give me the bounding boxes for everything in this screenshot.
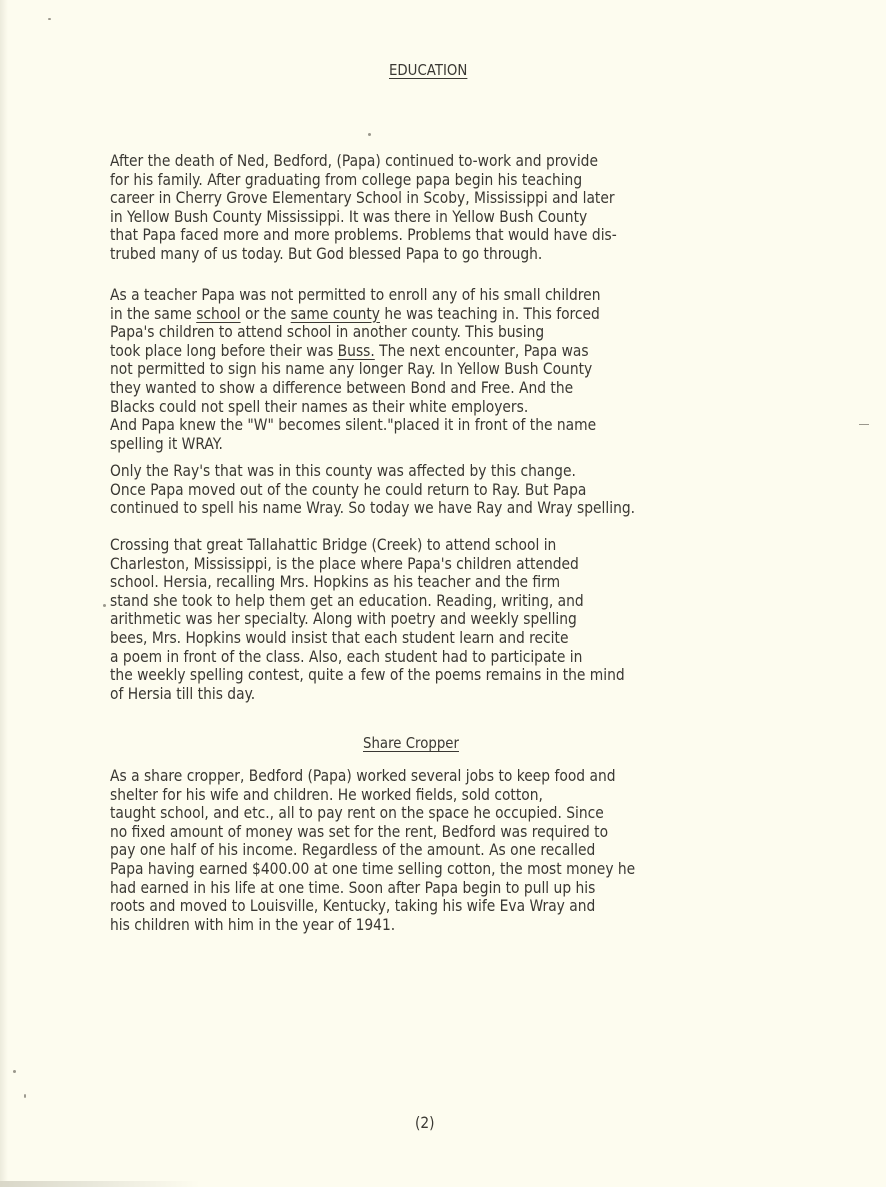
text-line: the weekly spelling contest, quite a few…: [110, 666, 625, 685]
paragraph-charleston-school: Crossing that great Tallahattic Bridge (…: [110, 536, 625, 703]
text-line: Crossing that great Tallahattic Bridge (…: [110, 536, 625, 555]
text-line: in Yellow Bush County Mississippi. It wa…: [110, 208, 617, 227]
paper-speck: [13, 1070, 16, 1073]
page-left-edge: [0, 0, 8, 1187]
text-line: Charleston, Mississippi, is the place wh…: [110, 555, 625, 574]
text-line: career in Cherry Grove Elementary School…: [110, 189, 617, 208]
underlined-text: school: [196, 304, 240, 323]
paper-speck: [103, 604, 106, 607]
text-line: took place long before their was Buss. T…: [110, 342, 600, 361]
text-line: shelter for his wife and children. He wo…: [110, 786, 635, 805]
text-line: his children with him in the year of 194…: [110, 916, 635, 935]
section-heading-education: EDUCATION: [389, 61, 467, 79]
paragraph-name-change: As a teacher Papa was not permitted to e…: [110, 286, 600, 453]
page-number: (2): [415, 1113, 434, 1132]
paragraph-papa-teaching: After the death of Ned, Bedford, (Papa) …: [110, 152, 617, 264]
text-line: a poem in front of the class. Also, each…: [110, 648, 625, 667]
text-line: After the death of Ned, Bedford, (Papa) …: [110, 152, 617, 171]
text-line: bees, Mrs. Hopkins would insist that eac…: [110, 629, 625, 648]
text-line: taught school, and etc., all to pay rent…: [110, 804, 635, 823]
text-line: Blacks could not spell their names as th…: [110, 398, 600, 417]
text-line: school. Hersia, recalling Mrs. Hopkins a…: [110, 573, 625, 592]
text-line: stand she took to help them get an educa…: [110, 592, 625, 611]
text-line: Only the Ray's that was in this county w…: [110, 462, 635, 481]
text-line: Once Papa moved out of the county he cou…: [110, 481, 635, 500]
paper-speck: [24, 1094, 26, 1098]
text-line: roots and moved to Louisville, Kentucky,…: [110, 897, 635, 916]
paper-speck: [859, 424, 869, 425]
text-line: for his family. After graduating from co…: [110, 171, 617, 190]
text-line: arithmetic was her specialty. Along with…: [110, 610, 625, 629]
text-line: And Papa knew the "W" becomes silent."pl…: [110, 416, 600, 435]
paragraph-share-cropper: As a share cropper, Bedford (Papa) worke…: [110, 767, 635, 934]
text-line: spelling it WRAY.: [110, 435, 600, 454]
text-line: As a share cropper, Bedford (Papa) worke…: [110, 767, 635, 786]
section-heading-share-cropper: Share Cropper: [363, 734, 459, 752]
text-line: of Hersia till this day.: [110, 685, 625, 704]
underlined-text: same county: [291, 304, 380, 323]
text-line: in the same school or the same county he…: [110, 305, 600, 324]
text-line: no fixed amount of money was set for the…: [110, 823, 635, 842]
text-line: they wanted to show a difference between…: [110, 379, 600, 398]
text-line: had earned in his life at one time. Soon…: [110, 879, 635, 898]
paper-speck: [368, 133, 371, 136]
text-line: As a teacher Papa was not permitted to e…: [110, 286, 600, 305]
text-line: that Papa faced more and more problems. …: [110, 226, 617, 245]
underlined-text: Buss.: [338, 341, 375, 360]
text-line: trubed many of us today. But God blessed…: [110, 245, 617, 264]
paragraph-ray-wray-spelling: Only the Ray's that was in this county w…: [110, 462, 635, 518]
page-bottom-edge: [0, 1181, 886, 1187]
text-line: not permitted to sign his name any longe…: [110, 360, 600, 379]
paper-speck: [48, 18, 51, 20]
text-line: Papa having earned $400.00 at one time s…: [110, 860, 635, 879]
text-line: continued to spell his name Wray. So tod…: [110, 499, 635, 518]
text-line: Papa's children to attend school in anot…: [110, 323, 600, 342]
text-line: pay one half of his income. Regardless o…: [110, 841, 635, 860]
